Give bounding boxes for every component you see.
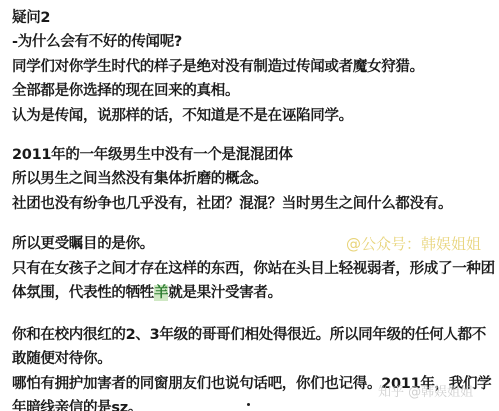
wechat-watermark: @公众号：韩娱姐姐 [346, 233, 481, 254]
text-line: 同学们对你学生时代的样子是绝对没有制造过传闻或者魔女狩猎。 [12, 57, 424, 77]
text-line: 年暗线亲信的是sz。 [12, 398, 142, 411]
text-line: 全部都是你选择的现在回来的真相。 [12, 81, 239, 101]
text-line-with-highlight: 体氛围，代表性的牺牲羊就是果汁受害者。 [12, 283, 282, 303]
text-line: -为什么会有不好的传闻呢? [12, 32, 182, 52]
dot-mark [247, 403, 250, 406]
text-line: 2011年的一年级男生中没有一个是混混团体 [12, 145, 293, 165]
text-line: 所以男生之间当然没有集体折磨的概念。 [12, 169, 268, 189]
text-line: 你和在校内很红的2、3年级的哥哥们相处得很近。所以同年级的任何人都不 [12, 325, 486, 345]
zhihu-watermark: 知乎 @韩娱姐姐 [378, 381, 473, 400]
highlighted-character: 羊 [154, 285, 168, 301]
text-segment: 体氛围，代表性的牺牲 [12, 285, 154, 301]
text-line: 只有在女孩子之间才存在这样的东西，你站在头目上轻视弱者，形成了一种团 [12, 259, 495, 279]
text-segment: 就是果汁受害者。 [168, 285, 282, 301]
text-line: 所以更受瞩目的是你。 [12, 234, 154, 254]
heading-question-2: 疑问2 [12, 8, 50, 28]
text-line: 认为是传闻，说那样的话，不知道是不是在诬陷同学。 [12, 106, 353, 126]
text-line: 敢随便对待你。 [12, 349, 111, 369]
text-line: 社团也没有纷争也几乎没有，社团？混混？当时男生之间什么都没有。 [12, 194, 452, 214]
